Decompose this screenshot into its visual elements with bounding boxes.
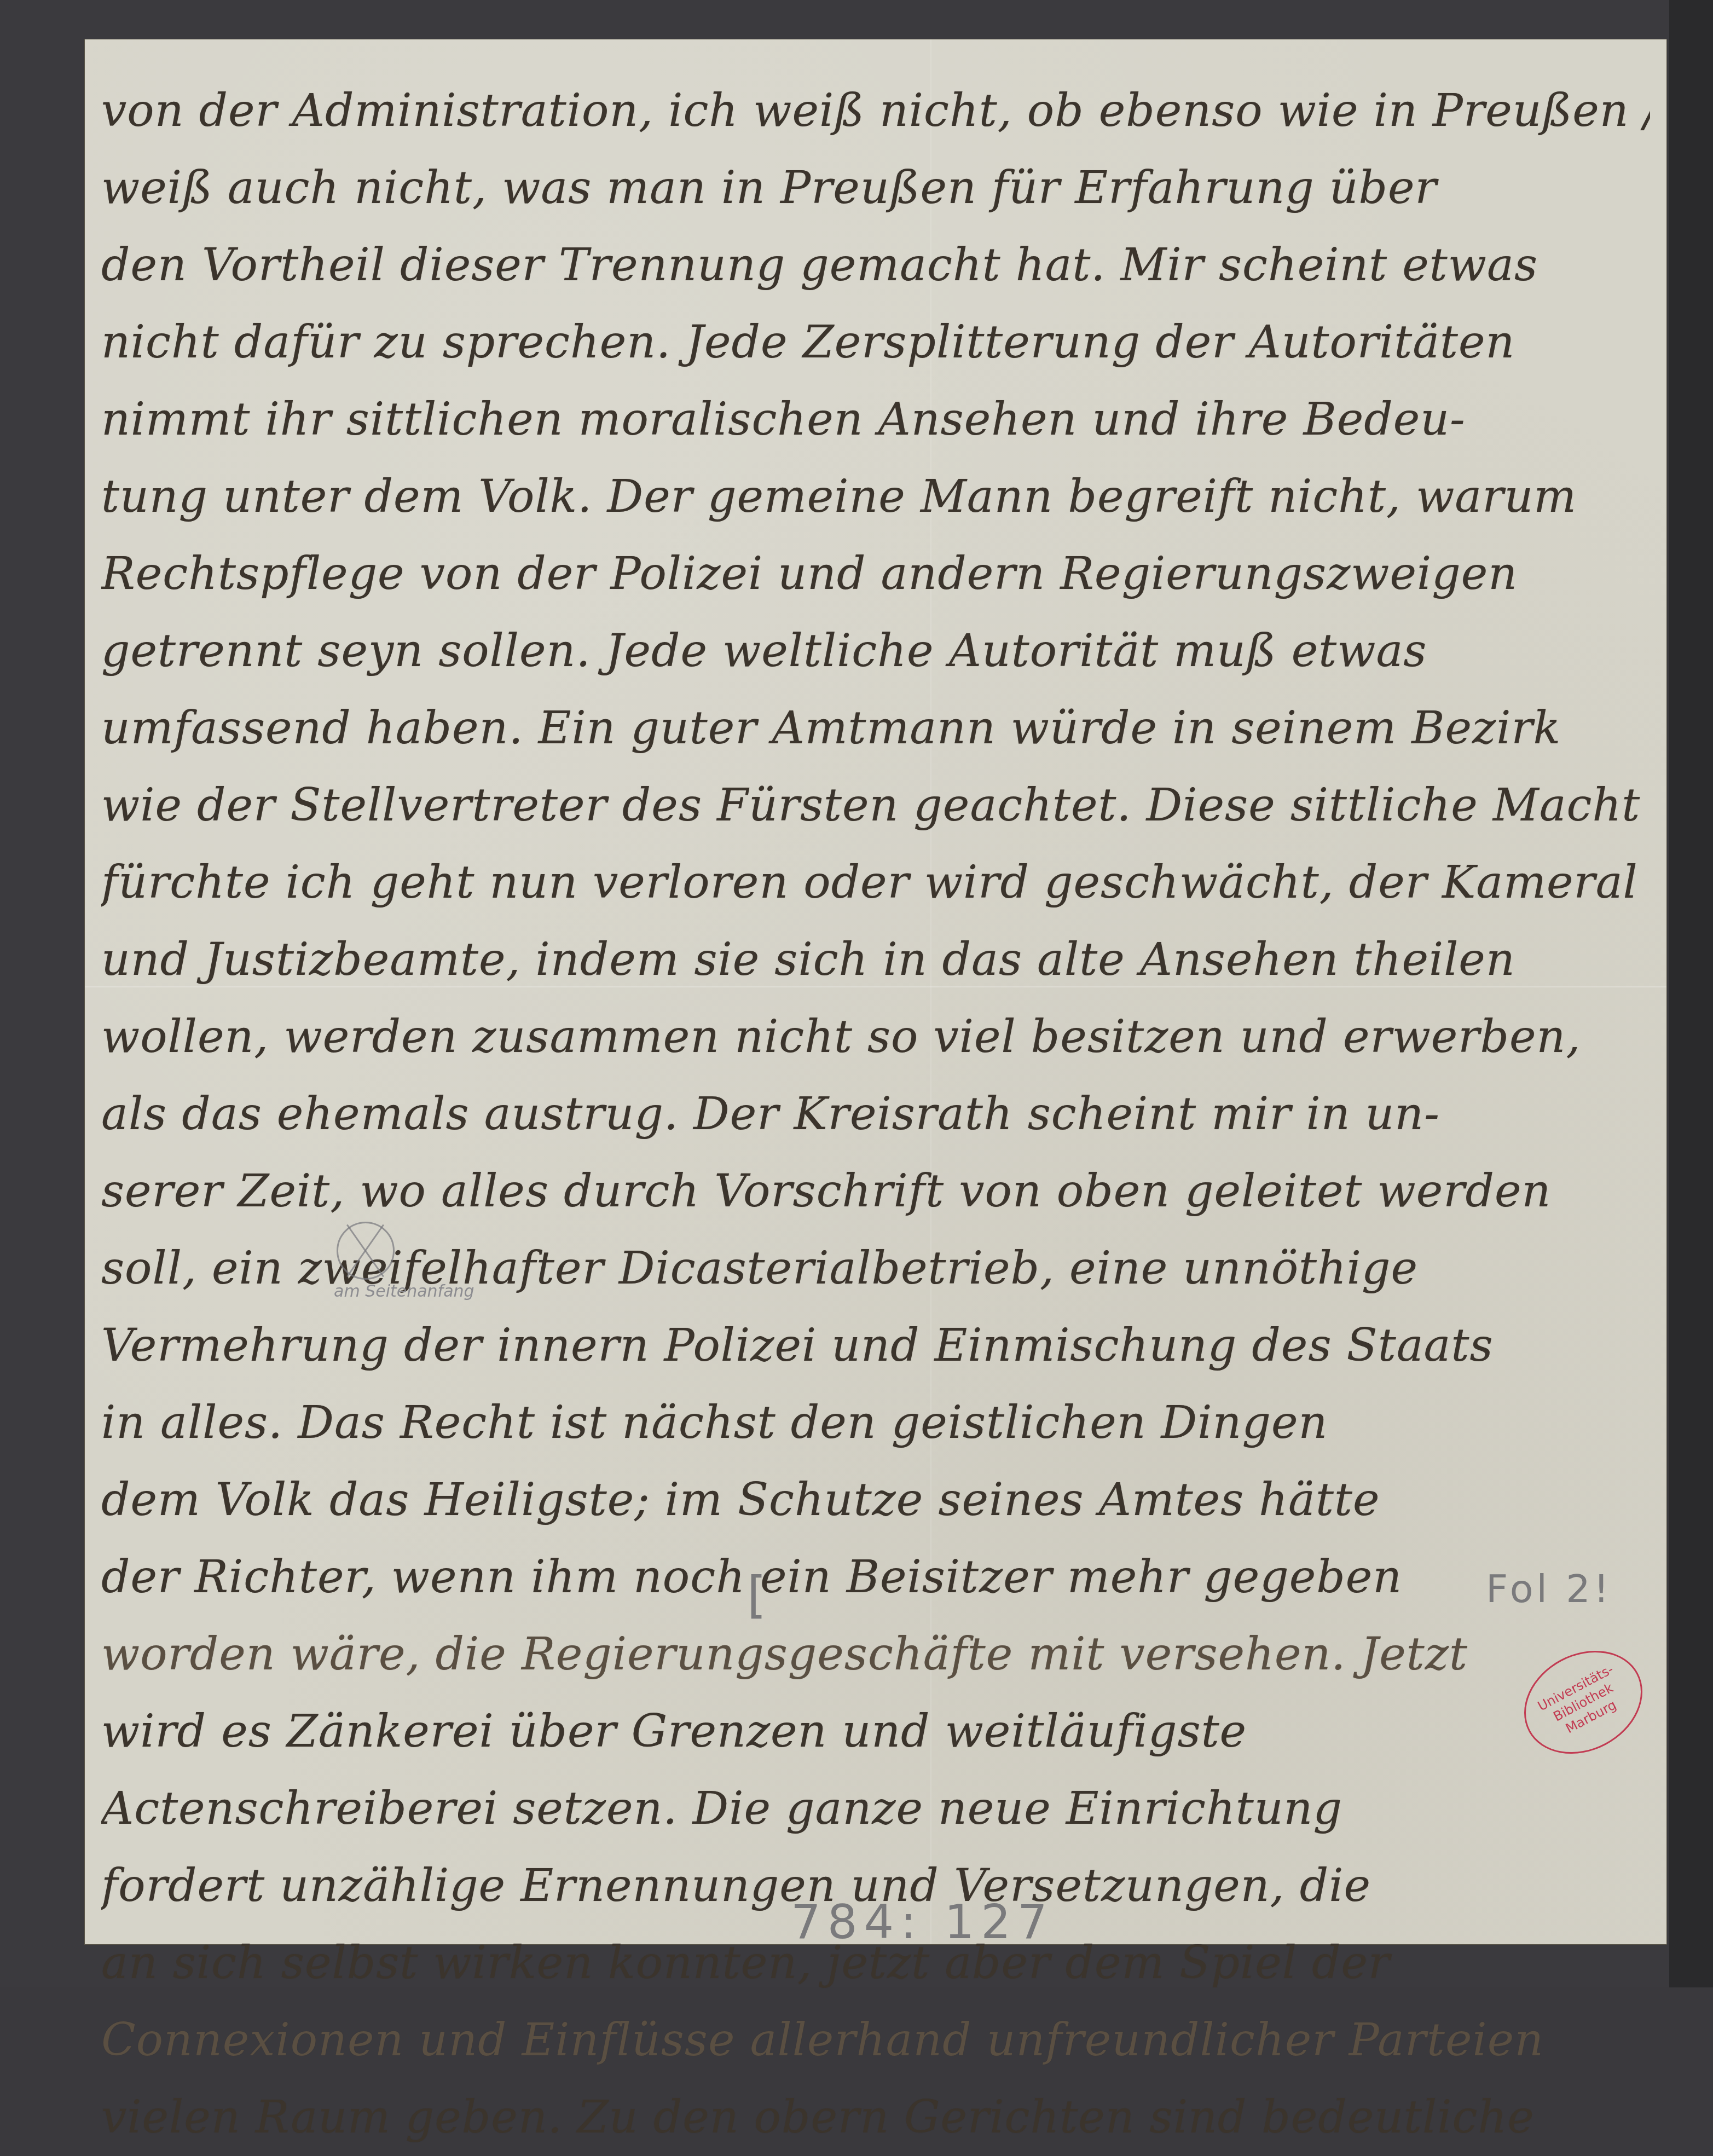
text-line: und Justizbeamte, indem sie sich in das … <box>101 921 1650 998</box>
text-line: fürchte ich geht nun verloren oder wird … <box>101 844 1650 921</box>
text-line: wollen, werden zusammen nicht so viel be… <box>101 998 1650 1076</box>
text-line: Vermehrung der innern Polizei und Einmis… <box>101 1307 1650 1384</box>
folio-note: Fol 2! <box>1486 1567 1612 1611</box>
text-line: nimmt ihr sittlichen moralischen Ansehen… <box>101 381 1650 458</box>
pencil-bracket-mark: [ <box>747 1567 766 1624</box>
text-line: weiß auch nicht, was man in Preußen für … <box>101 149 1650 227</box>
text-line: dem Volk das Heiligste; im Schutze seine… <box>101 1461 1650 1539</box>
text-line: worden wäre, die Regierungsgeschäfte mit… <box>101 1616 1650 1693</box>
text-line: Actenschreiberei setzen. Die ganze neue … <box>101 1770 1650 1847</box>
text-line: wie der Stellvertreter des Fürsten geach… <box>101 767 1650 844</box>
text-line: wird es Zänkerei über Grenzen und weitlä… <box>101 1693 1650 1770</box>
text-line: in alles. Das Recht ist nächst den geist… <box>101 1384 1650 1461</box>
text-line: umfassend haben. Ein guter Amtmann würde… <box>101 690 1650 767</box>
text-line: Rechtspflege von der Polizei und andern … <box>101 535 1650 612</box>
text-line: tung unter dem Volk. Der gemeine Mann be… <box>101 458 1650 535</box>
handwritten-text: von der Administration, ich weiß nicht, … <box>101 72 1650 1987</box>
scanner-edge <box>1669 0 1713 1987</box>
manuscript-sheet: von der Administration, ich weiß nicht, … <box>85 39 1666 1944</box>
text-line: der Richter, wenn ihm noch ein Beisitzer… <box>101 1539 1650 1616</box>
text-line: serer Zeit, wo alles durch Vorschrift vo… <box>101 1153 1650 1230</box>
pencil-margin-note: am Seitenanfang <box>334 1282 474 1301</box>
text-line: als das ehemals austrug. Der Kreisrath s… <box>101 1076 1650 1153</box>
text-line: nicht dafür zu sprechen. Jede Zersplitte… <box>101 304 1650 381</box>
text-line: getrennt seyn sollen. Jede weltliche Aut… <box>101 612 1650 690</box>
text-line: den Vortheil dieser Trennung gemacht hat… <box>101 227 1650 304</box>
text-line: von der Administration, ich weiß nicht, … <box>101 72 1650 149</box>
shelfmark: 784: 127 <box>791 1895 1054 1950</box>
pencil-crossed-circle-icon <box>337 1222 395 1280</box>
